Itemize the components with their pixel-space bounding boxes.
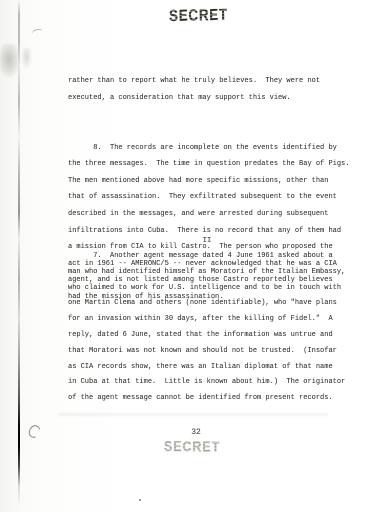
page-number: 32 — [0, 428, 392, 437]
paragraph-continuation: rather than to report what he truly beli… — [68, 73, 349, 106]
paragraph-7: 7. Another agent message dated 4 June 19… — [68, 249, 345, 407]
ink-smudge — [21, 48, 32, 70]
scan-speck — [139, 499, 141, 501]
pen-squiggle-mark — [31, 28, 43, 37]
scanned-document-page: SECRET rather than to report what he tru… — [0, 0, 392, 512]
classification-stamp-bottom: SECRET — [164, 439, 220, 455]
section-heading: II — [68, 236, 346, 246]
classification-stamp-top: SECRET — [169, 8, 228, 25]
scan-streak — [58, 413, 328, 416]
ink-smudge — [0, 44, 20, 78]
